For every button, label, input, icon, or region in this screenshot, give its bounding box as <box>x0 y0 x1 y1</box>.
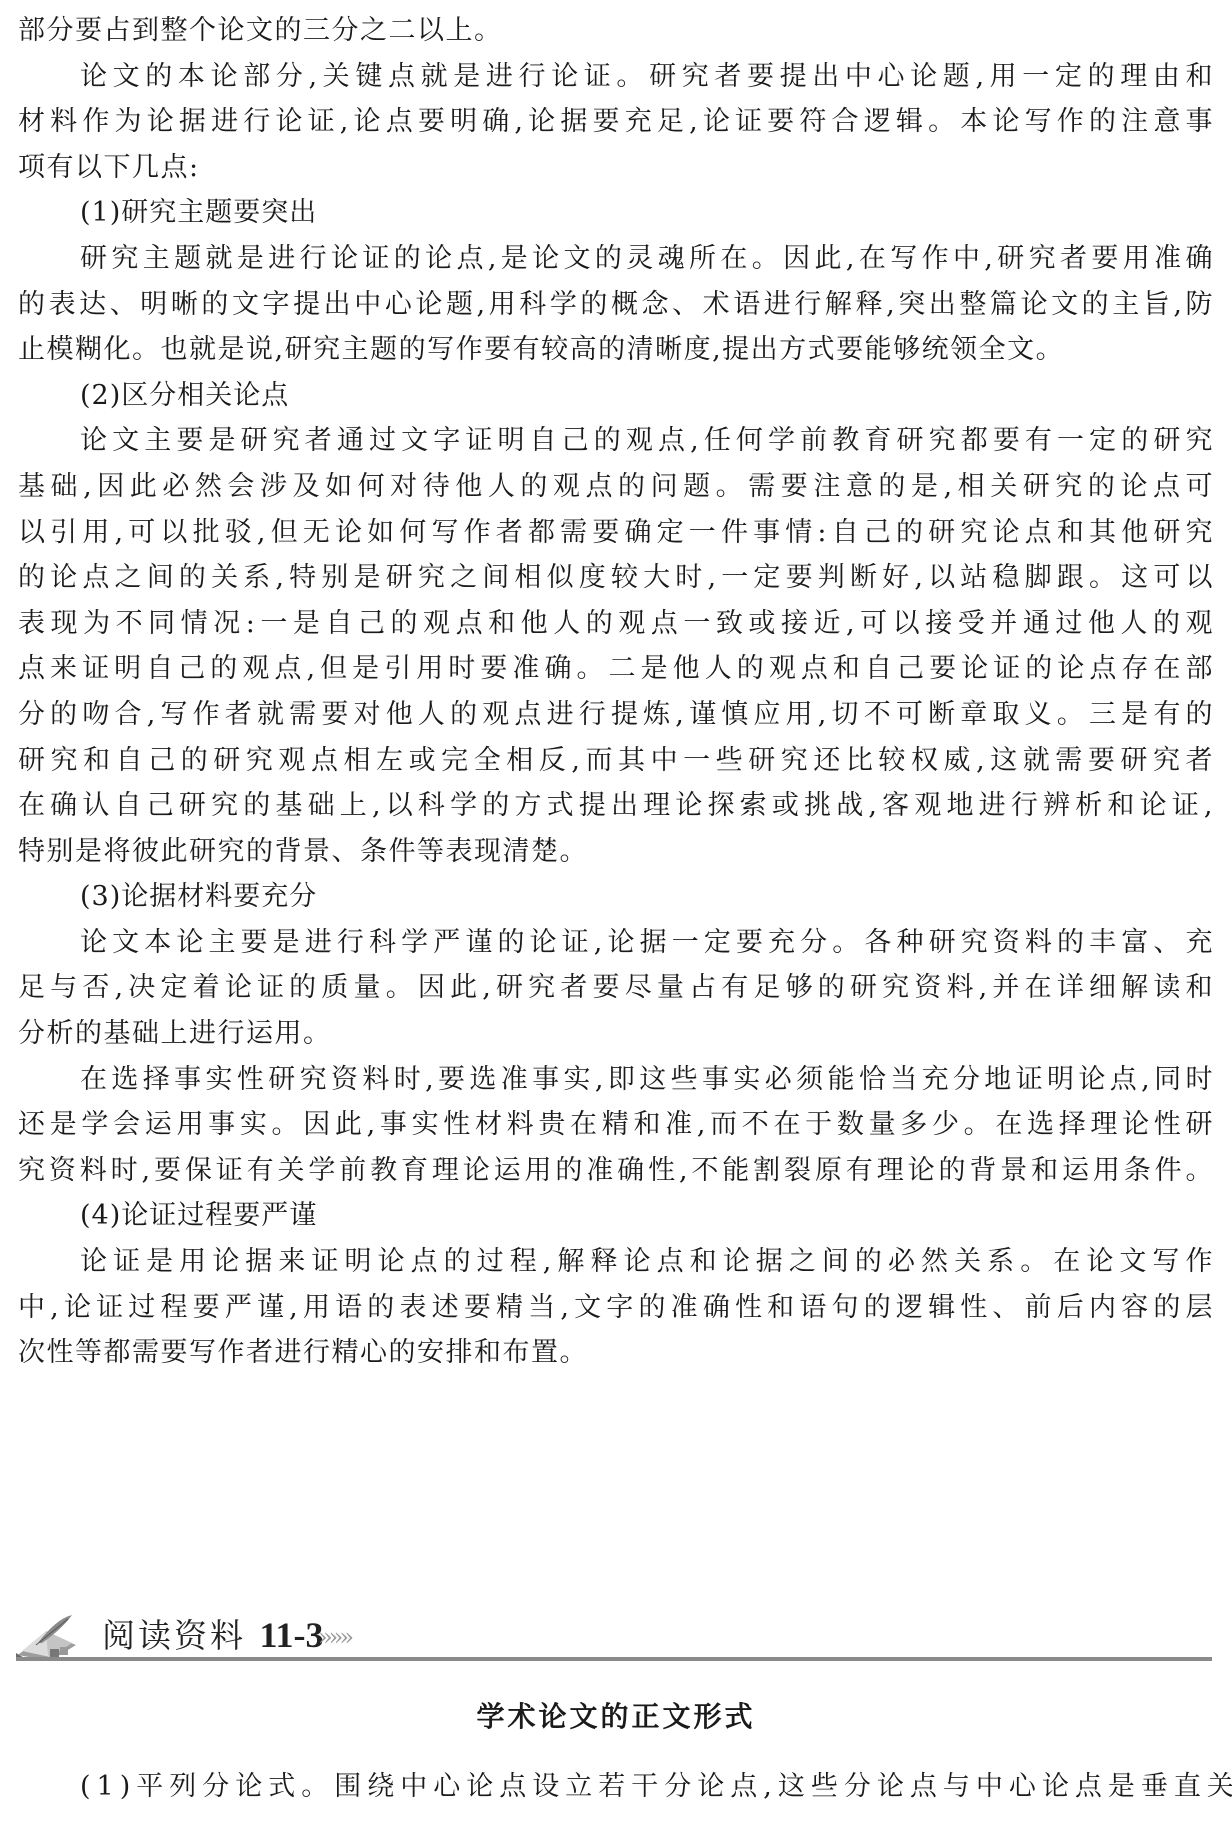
text-line: 论证是用论据来证明论点的过程,解释论点和论据之间的必然关系。在论文写作 <box>18 1239 1214 1285</box>
section-heading: (4)论证过程要严谨 <box>18 1193 1214 1239</box>
banner-divider <box>16 1657 1212 1661</box>
text-line: 的论点之间的关系,特别是研究之间相似度较大时,一定要判断好,以站稳脚跟。这可以 <box>18 555 1214 601</box>
text-line: 基础,因此必然会涉及如何对待他人的观点的问题。需要注意的是,相关研究的论点可 <box>18 464 1214 510</box>
body-text: 部分要占到整个论文的三分之二以上。 论文的本论部分,关键点就是进行论证。研究者要… <box>18 8 1214 1376</box>
text-line: 论文本论主要是进行科学严谨的论证,论据一定要充分。各种研究资料的丰富、充 <box>18 920 1214 966</box>
section-heading: (2)区分相关论点 <box>18 373 1214 419</box>
text-line: 表现为不同情况:一是自己的观点和他人的观点一致或接近,可以接受并通过他人的观 <box>18 601 1214 647</box>
text-line: 以引用,可以批驳,但无论如何写作者都需要确定一件事情:自己的研究论点和其他研究 <box>18 510 1214 556</box>
text-line: 中,论证过程要严谨,用语的表述要精当,文字的准确性和语句的逻辑性、前后内容的层 <box>18 1285 1214 1331</box>
text-line: 论文的本论部分,关键点就是进行论证。研究者要提出中心论题,用一定的理由和 <box>18 54 1214 100</box>
text-line: 在选择事实性研究资料时,要选准事实,即这些事实必须能恰当充分地证明论点,同时 <box>18 1057 1214 1103</box>
banner-number: 11-3 <box>260 1615 324 1655</box>
text-line: 分的吻合,写作者就需要对他人的观点进行提炼,谨慎应用,切不可断章取义。三是有的 <box>18 692 1214 738</box>
text-line: 足与否,决定着论证的质量。因此,研究者要尽量占有足够的研究资料,并在详细解读和 <box>18 965 1214 1011</box>
text-line: 材料作为论据进行论证,论点要明确,论据要充足,论证要符合逻辑。本论写作的注意事 <box>18 99 1214 145</box>
text-line: 部分要占到整个论文的三分之二以上。 <box>18 8 1214 54</box>
text-line: 点来证明自己的观点,但是引用时要准确。二是他人的观点和自己要论证的论点存在部 <box>18 646 1214 692</box>
text-line: 论文主要是研究者通过文字证明自己的观点,任何学前教育研究都要有一定的研究 <box>18 418 1214 464</box>
reading-title: 学术论文的正文形式 <box>0 1695 1232 1735</box>
text-line: 研究和自己的研究观点相左或完全相反,而其中一些研究还比较权威,这就需要研究者 <box>18 738 1214 784</box>
text-line: 的表达、明晰的文字提出中心论题,用科学的概念、术语进行解释,突出整篇论文的主旨,… <box>18 282 1214 328</box>
text-line: 究资料时,要保证有关学前教育理论运用的准确性,不能割裂原有理论的背景和运用条件。 <box>18 1148 1214 1194</box>
text-line: 研究主题就是进行论证的论点,是论文的灵魂所在。因此,在写作中,研究者要用准确 <box>18 236 1214 282</box>
text-line: 还是学会运用事实。因此,事实性材料贵在精和准,而不在于数量多少。在选择理论性研 <box>18 1102 1214 1148</box>
text-line: 止模糊化。也就是说,研究主题的写作要有较高的清晰度,提出方式要能够统领全文。 <box>18 327 1214 373</box>
text-line: 特别是将彼此研究的背景、条件等表现清楚。 <box>18 829 1214 875</box>
section-heading: (3)论据材料要充分 <box>18 874 1214 920</box>
text-line: 分析的基础上进行运用。 <box>18 1011 1214 1057</box>
text-line: 次性等都需要写作者进行精心的安排和布置。 <box>18 1330 1214 1376</box>
text-line: (1)平列分论式。围绕中心论点设立若干分论点,这些分论点与中心论点是垂直关 <box>18 1764 1214 1810</box>
text-line: 项有以下几点: <box>18 145 1214 191</box>
chevrons-right-icon: »»» <box>318 1623 350 1651</box>
reading-body: (1)平列分论式。围绕中心论点设立若干分论点,这些分论点与中心论点是垂直关 <box>18 1764 1214 1810</box>
reading-material-banner: 阅读资料 11-3 »»» <box>16 1613 1212 1661</box>
book-quill-icon <box>16 1615 82 1661</box>
text-line: 在确认自己研究的基础上,以科学的方式提出理论探索或挑战,客观地进行辨析和论证, <box>18 783 1214 829</box>
banner-title: 阅读资料 11-3 <box>102 1613 324 1658</box>
section-heading: (1)研究主题要突出 <box>18 190 1214 236</box>
banner-label: 阅读资料 <box>102 1616 246 1655</box>
